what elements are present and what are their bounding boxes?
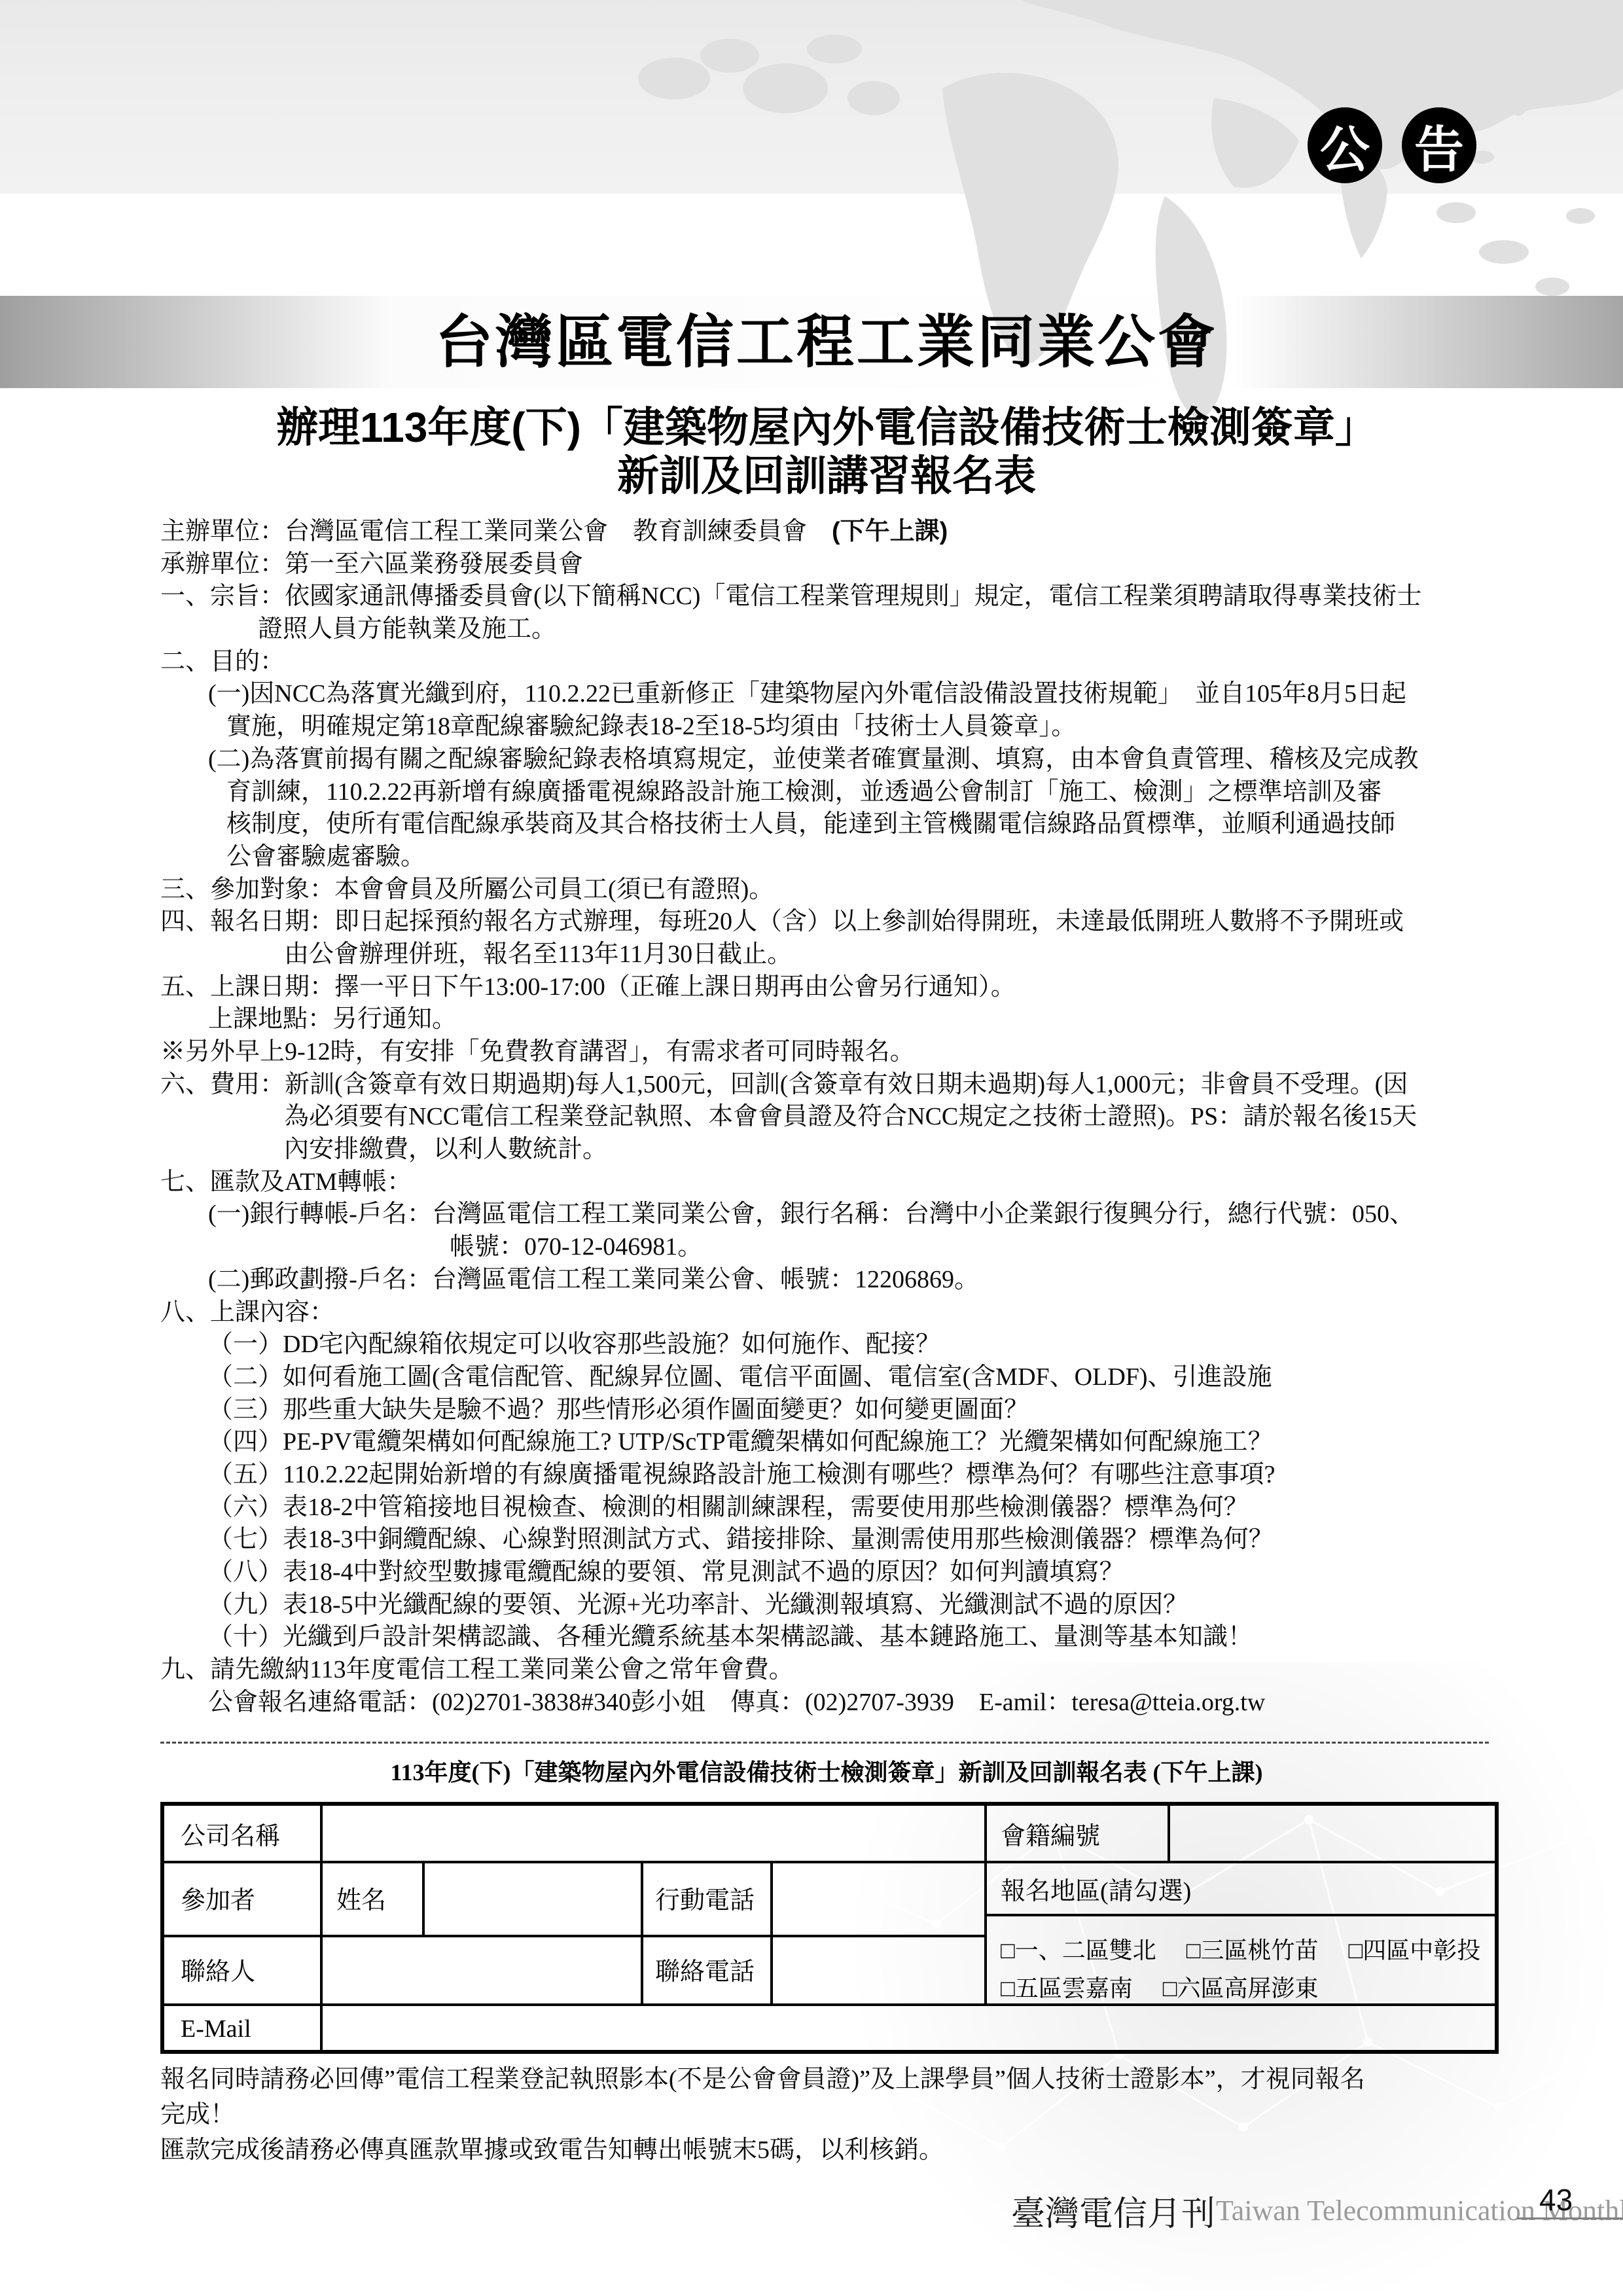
organizer-text: 主辦單位：台灣區電信工程工業同業公會 教育訓練委員會 — [160, 518, 832, 545]
region-option-checkbox[interactable]: □四區中彰投 — [1349, 1932, 1481, 1965]
body-line: （二）如何看施工圖(含電信配管、配線昇位圖、電信平面圖、電信室(含MDF、OLD… — [0, 1361, 1623, 1394]
body-line: 內安排繳費，以利人數統計。 — [0, 1134, 1623, 1166]
table-phone-label-divider — [641, 1861, 643, 2003]
body-line: 一、宗旨：依國家通訊傳播委員會(以下簡稱NCC)「電信工程業管理規則」規定，電信… — [0, 581, 1623, 613]
member-no-label: 會籍編號 — [1001, 1806, 1100, 1861]
body-line: （十）光纖到戶設計架構認識、各種光纜系統基本架構認識、基本鏈路施工、量測等基本知… — [0, 1621, 1623, 1654]
region-cell-divider — [984, 1914, 1495, 1916]
notes-block: 報名同時請務必回傳”電信工程業登記執照影本(不是公會會員證)”及上課學員”個人技… — [0, 2062, 1623, 2168]
footer-page-rule — [1517, 2217, 1623, 2219]
body-line: (一)銀行轉帳-戶名：台灣區電信工程工業同業公會，銀行名稱：台灣中小企業銀行復興… — [0, 1198, 1623, 1231]
body-line: （八）表18-4中對絞型數據電纜配線的要領、常見測試不過的原因？如何判讀填寫？ — [0, 1556, 1623, 1589]
body-line: 為必須要有NCC電信工程業登記執照、本會會員證及符合NCC規定之技術士證照)。P… — [0, 1101, 1623, 1134]
body-line: 四、報名日期：即日起採預約報名方式辦理，每班20人（含）以上參訓始得開班，未達最… — [0, 906, 1623, 939]
contact-phone-input[interactable] — [773, 1937, 984, 2003]
body-line: 由公會辦理併班，報名至113年11月30日截止。 — [0, 939, 1623, 971]
mobile-phone-label: 行動電話 — [655, 1861, 755, 1935]
body-line: 八、上課內容： — [0, 1297, 1623, 1329]
body-line: （七）表18-3中銅纜配線、心線對照測試方式、錯接排除、量測需使用那些檢測儀器？… — [0, 1524, 1623, 1556]
body-line: 帳號：070-12-046981。 — [0, 1231, 1623, 1264]
contact-phone-label: 聯絡電話 — [655, 1935, 755, 2003]
document-subtitle-line1: 辦理113年度(下)「建築物屋內外電信設備技術士檢測簽章」 — [30, 404, 1623, 450]
body-line: ※另外早上9-12時，有安排「免費教育講習」，有需求者可同時報名。 — [0, 1036, 1623, 1069]
participant-label: 參加者 — [181, 1861, 255, 1935]
footer-journal-title-zh: 臺灣電信月刊 — [1011, 2186, 1215, 2235]
participant-name-input[interactable] — [425, 1863, 641, 1935]
company-name-label: 公司名稱 — [181, 1806, 280, 1861]
body-text-block: 主辦單位：台灣區電信工程工業同業公會 教育訓練委員會 (下午上課) 承辦單位：第… — [0, 516, 1623, 1719]
body-line: （三）那些重大缺失是驗不過？那些情形必須作圖面變更？如何變更圖面？ — [0, 1394, 1623, 1427]
body-line: 七、匯款及ATM轉帳： — [0, 1166, 1623, 1199]
name-label: 姓名 — [336, 1861, 386, 1935]
note-line: 報名同時請務必回傳”電信工程業登記執照影本(不是公會會員證)”及上課學員”個人技… — [0, 2062, 1623, 2097]
contact-person-input[interactable] — [323, 1937, 641, 2003]
announcement-badge-circle-2: 告 — [1402, 107, 1476, 183]
announcement-badge-circle-1: 公 — [1308, 107, 1382, 183]
registration-form-title: 113年度(下)「建築物屋內外電信設備技術士檢測簽章」新訓及回訓報名表 (下午上… — [30, 1758, 1623, 1787]
body-line: (一)因NCC為落實光纖到府，110.2.22已重新修正「建築物屋內外電信設備設… — [0, 678, 1623, 711]
table-right-section-divider — [984, 1806, 987, 2003]
region-select-label: 報名地區(請勾選) — [1001, 1863, 1191, 1914]
badge-char-1: 公 — [1320, 110, 1370, 181]
region-option-checkbox[interactable]: □一、二區雙北 — [1001, 1932, 1156, 1965]
badge-char-2: 告 — [1414, 110, 1464, 181]
announcement-page: 公 告 台灣區電信工程工業同業公會 辦理113年度(下)「建築物屋內外電信設備技… — [0, 0, 1623, 2296]
page-number: 43 — [1539, 2182, 1573, 2217]
body-line: （六）表18-2中管箱接地目視檢查、檢測的相關訓練課程，需要使用那些檢測儀器？標… — [0, 1492, 1623, 1524]
body-line: （四）PE-PV電纜架構如何配線施工? UTP/ScTP電纜架構如何配線施工？光… — [0, 1426, 1623, 1459]
member-no-input[interactable] — [1170, 1806, 1495, 1861]
region-options-row1: □一、二區雙北 □三區桃竹苗 □四區中彰投 — [1001, 1928, 1510, 1969]
document-subtitle-line2: 新訓及回訓講習報名表 — [30, 453, 1623, 499]
body-line: 實施，明確規定第18章配線審驗紀錄表18-2至18-5均須由「技術士人員簽章」。 — [0, 711, 1623, 744]
body-line: 五、上課日期：擇一平日下午13:00-17:00（正確上課日期再由公會另行通知）… — [0, 971, 1623, 1004]
region-option-checkbox[interactable]: □六區高屏澎東 — [1163, 1970, 1319, 2003]
dashed-divider — [160, 1742, 1489, 1744]
region-option-checkbox[interactable]: □三區桃竹苗 — [1186, 1932, 1319, 1965]
body-line: (二)郵政劃撥-戶名：台灣區電信工程工業同業公會、帳號：12206869。 — [0, 1264, 1623, 1297]
body-line: （九）表18-5中光纖配線的要領、光源+光功率計、光纖測報填寫、光纖測試不過的原… — [0, 1589, 1623, 1622]
body-line: 育訓練，110.2.22再新增有線廣播電視線路設計施工檢測，並透過公會制訂「施工… — [0, 776, 1623, 809]
body-line: 九、請先繳納113年度電信工程工業同業公會之常年會費。 — [0, 1654, 1623, 1687]
announcement-badge: 公 告 — [1308, 107, 1479, 185]
body-line-organizer: 主辦單位：台灣區電信工程工業同業公會 教育訓練委員會 (下午上課) — [0, 516, 1623, 548]
body-line: 公會審驗處審驗。 — [0, 841, 1623, 874]
company-name-input[interactable] — [323, 1806, 984, 1861]
body-line: 證照人員方能執業及施工。 — [0, 613, 1623, 646]
body-line: （五）110.2.22起開始新增的有線廣播電視線路設計施工檢測有哪些？標準為何？… — [0, 1459, 1623, 1492]
body-line-contact-info: 公會報名連絡電話：(02)2701-3838#340彭小姐 傳真：(02)270… — [0, 1687, 1623, 1719]
email-label: E-Mail — [181, 2003, 251, 2054]
organization-title: 台灣區電信工程工業同業公會 — [30, 296, 1623, 388]
contact-person-label: 聯絡人 — [181, 1935, 255, 2003]
body-line: (二)為落實前揭有關之配線審驗紀錄表格填寫規定，並使業者確實量測、填寫，由本會負… — [0, 744, 1623, 776]
email-input[interactable] — [323, 2006, 1495, 2050]
body-line: 核制度，使所有電信配線承裝商及其合格技術士人員，能達到主管機關電信線路品質標準，… — [0, 808, 1623, 841]
footer-separator-dot: · — [1194, 2191, 1204, 2225]
mobile-phone-input[interactable] — [773, 1863, 984, 1935]
body-line: 六、費用：新訓(含簽章有效日期過期)每人1,500元，回訓(含簽章有效日期未過期… — [0, 1069, 1623, 1102]
region-options-row2: □五區雲嘉南 □六區高屏澎東 — [1001, 1965, 1349, 2007]
body-line: 上課地點：另行通知。 — [0, 1003, 1623, 1036]
body-line: 承辦單位：第一至六區業務發展委員會 — [0, 548, 1623, 581]
region-option-checkbox[interactable]: □五區雲嘉南 — [1001, 1970, 1133, 2003]
body-line: 二、目的： — [0, 646, 1623, 679]
body-line: 三、參加對象：本會會員及所屬公司員工(須已有證照)。 — [0, 874, 1623, 906]
organizer-afternoon-note: (下午上課) — [832, 518, 948, 545]
registration-table: 公司名稱 會籍編號 參加者 姓名 行動電話 報名地區(請勾選) 聯絡人 聯絡電話… — [160, 1802, 1499, 2054]
body-line: （一）DD宅內配線箱依規定可以收容那些設施？如何施作、配接？ — [0, 1329, 1623, 1361]
note-line: 匯款完成後請務必傳真匯款單據或致電告知轉出帳號末5碼，以利核銷。 — [0, 2132, 1623, 2168]
note-line: 完成！ — [0, 2097, 1623, 2132]
